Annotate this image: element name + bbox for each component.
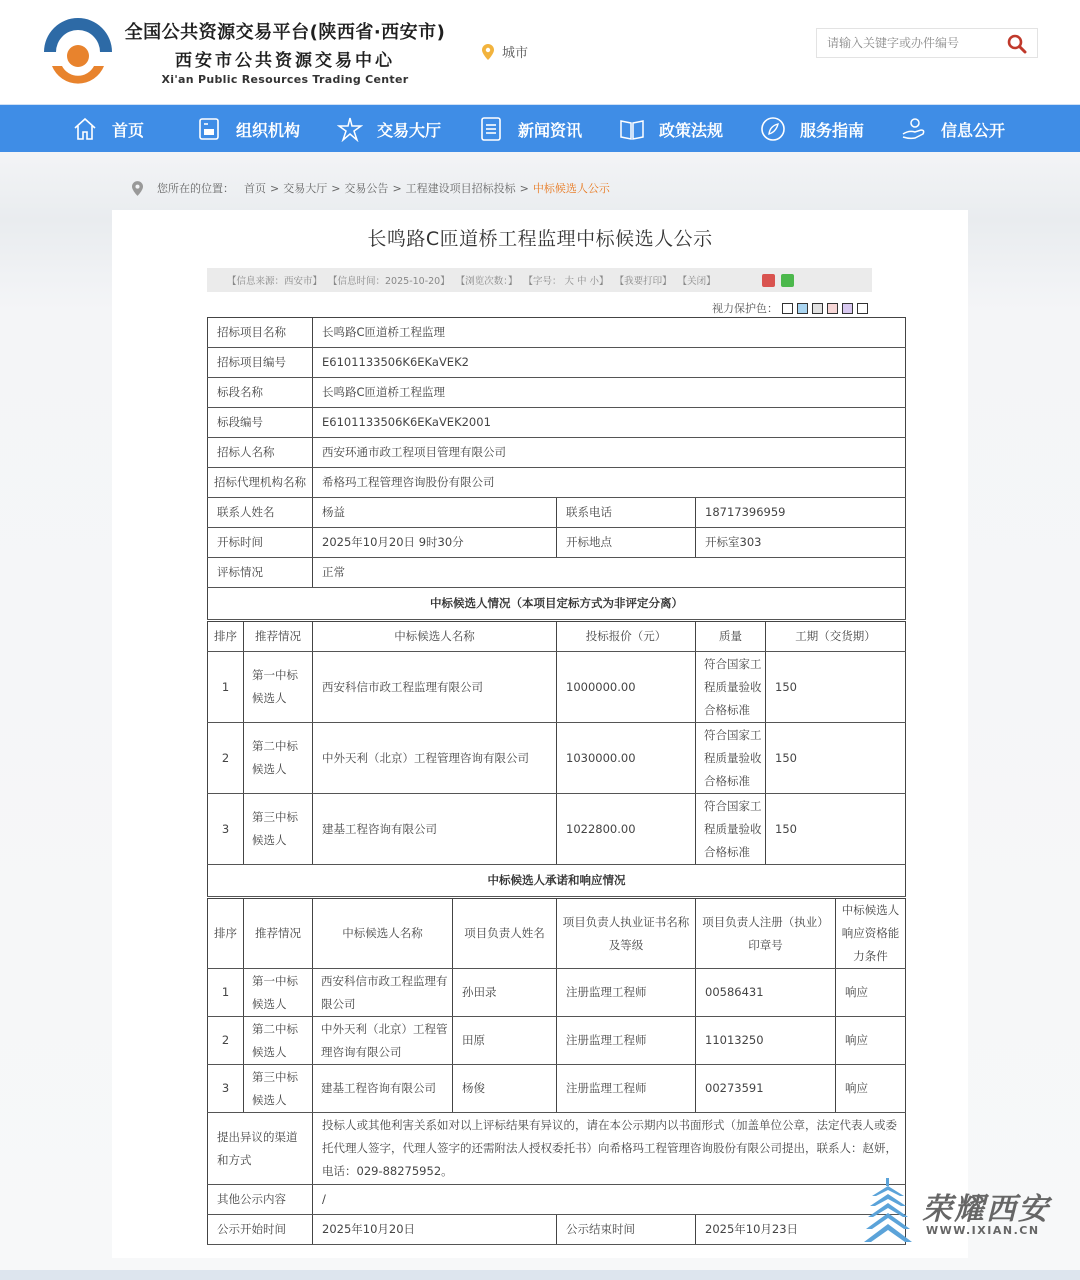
field-label: 联系电话 [557, 498, 696, 528]
table-header-row: 排序 推荐情况 中标候选人名称 投标报价（元） 质量 工期（交货期） [208, 622, 906, 652]
meta-source: 【信息来源：西安市】 [227, 273, 322, 287]
site-title-line2: 西安市公共资源交易中心 [120, 46, 450, 71]
cell-price: 1030000.00 [557, 723, 696, 794]
column-header: 项目负责人执业证书名称及等级 [557, 899, 696, 969]
cell-response: 响应 [836, 1017, 906, 1065]
nav-item-policies[interactable]: 政策法规 [619, 105, 723, 153]
document-icon [478, 116, 504, 142]
cell-recommendation: 第一中标候选人 [244, 969, 313, 1017]
table-row: 3 第三中标候选人 建基工程咨询有限公司 杨俊 注册监理工程师 00273591… [208, 1065, 906, 1113]
table-row: 联系人姓名 杨益 联系电话 18717396959 [208, 498, 906, 528]
font-size-switch[interactable]: 【字号： 大 中 小】 [524, 273, 609, 287]
table-header-row: 排序 推荐情况 中标候选人名称 项目负责人姓名 项目负责人执业证书名称及等级 项… [208, 899, 906, 969]
cell-rank: 3 [208, 1065, 244, 1113]
weibo-share-icon[interactable] [762, 274, 775, 287]
nav-item-service-guide[interactable]: 服务指南 [760, 105, 864, 153]
table-row: 公示开始时间 2025年10月20日 公示结束时间 2025年10月23日 [208, 1215, 906, 1245]
cell-recommendation: 第一中标候选人 [244, 652, 313, 723]
table-row: 评标情况 正常 [208, 558, 906, 588]
column-header: 工期（交货期） [766, 622, 906, 652]
city-selector[interactable]: 城市 [482, 42, 528, 61]
color-swatch-blue[interactable] [797, 303, 808, 314]
field-label: 标段编号 [208, 408, 313, 438]
field-label: 联系人姓名 [208, 498, 313, 528]
breadcrumb: 您所在的位置： 首页 > 交易大厅 > 交易公告 > 工程建设项目招标投标 > … [132, 180, 610, 196]
table-row: 2 第二中标候选人 中外天利（北京）工程管理咨询有限公司 田原 注册监理工程师 … [208, 1017, 906, 1065]
table-row: 招标项目名称长鸣路C匝道桥工程监理 [208, 318, 906, 348]
cell-seal-number: 00586431 [696, 969, 836, 1017]
field-label: 开标地点 [557, 528, 696, 558]
table-row: 提出异议的渠道和方式 投标人或其他利害关系如对以上评标结果有异议的，请在本公示期… [208, 1113, 906, 1185]
cell-manager: 孙田录 [453, 969, 557, 1017]
column-header: 投标报价（元） [557, 622, 696, 652]
column-header: 排序 [208, 899, 244, 969]
color-swatch-pink[interactable] [827, 303, 838, 314]
cell-recommendation: 第三中标候选人 [244, 1065, 313, 1113]
cell-seal-number: 11013250 [696, 1017, 836, 1065]
field-label: 提出异议的渠道和方式 [208, 1113, 313, 1185]
cell-rank: 1 [208, 969, 244, 1017]
field-label: 评标情况 [208, 558, 313, 588]
site-title-english: Xi'an Public Resources Trading Center [120, 73, 450, 86]
cell-rank: 2 [208, 1017, 244, 1065]
table-row: 其他公示内容 / [208, 1185, 906, 1215]
field-value: 西安环通市政工程项目管理有限公司 [313, 438, 906, 468]
column-header: 推荐情况 [244, 899, 313, 969]
nav-label: 信息公开 [941, 118, 1005, 141]
cell-candidate-name: 西安科信市政工程监理有限公司 [313, 652, 557, 723]
cell-rank: 1 [208, 652, 244, 723]
book-icon [619, 116, 645, 142]
cell-quality: 符合国家工程质量验收合格标准 [696, 723, 766, 794]
breadcrumb-prefix: 您所在的位置： [157, 180, 234, 196]
cell-certificate: 注册监理工程师 [557, 1065, 696, 1113]
column-header: 中标候选人名称 [313, 622, 557, 652]
field-label: 标段名称 [208, 378, 313, 408]
cell-price: 1022800.00 [557, 794, 696, 865]
nav-label: 政策法规 [659, 118, 723, 141]
cell-candidate-name: 中外天利（北京）工程管理咨询有限公司 [313, 723, 557, 794]
announcement-table: 招标项目名称长鸣路C匝道桥工程监理 招标项目编号E6101133506K6EKa… [207, 317, 906, 620]
wechat-share-icon[interactable] [781, 274, 794, 287]
field-value: 2025年10月20日 9时30分 [313, 528, 557, 558]
column-header: 中标候选人名称 [313, 899, 453, 969]
color-swatch-white[interactable] [782, 303, 793, 314]
column-header: 排序 [208, 622, 244, 652]
color-swatch-purple[interactable] [842, 303, 853, 314]
field-value: 希格玛工程管理咨询股份有限公司 [313, 468, 906, 498]
field-label: 其他公示内容 [208, 1185, 313, 1215]
cell-candidate-name: 建基工程咨询有限公司 [313, 1065, 453, 1113]
field-label: 招标代理机构名称 [208, 468, 313, 498]
cell-recommendation: 第二中标候选人 [244, 1017, 313, 1065]
field-label: 招标人名称 [208, 438, 313, 468]
eye-protection-label: 视力保护色： [712, 300, 778, 316]
search-input[interactable] [817, 29, 997, 57]
nav-label: 服务指南 [800, 118, 864, 141]
nav-label: 首页 [112, 118, 144, 141]
eye-protection-colors: 视力保护色： [712, 300, 868, 316]
table-row: 开标时间 2025年10月20日 9时30分 开标地点 开标室303 [208, 528, 906, 558]
cell-candidate-name: 西安科信市政工程监理有限公司 [313, 969, 453, 1017]
section-header-row: 中标候选人承诺和响应情况 [208, 865, 906, 897]
cell-quality: 符合国家工程质量验收合格标准 [696, 794, 766, 865]
meta-time: 【信息时间：2025-10-20】 [328, 273, 450, 287]
field-value: / [313, 1185, 906, 1215]
nav-label: 新闻资讯 [518, 118, 582, 141]
location-pin-icon [132, 181, 143, 196]
section-title: 中标候选人承诺和响应情况 [208, 865, 906, 897]
field-value: E6101133506K6EKaVEK2 [313, 348, 906, 378]
field-label: 招标项目名称 [208, 318, 313, 348]
site-logo-icon[interactable] [40, 12, 116, 88]
field-value: 2025年10月20日 [313, 1215, 557, 1245]
cell-manager: 田原 [453, 1017, 557, 1065]
cell-response: 响应 [836, 969, 906, 1017]
search-icon[interactable] [1007, 34, 1027, 54]
table-row: 3 第三中标候选人 建基工程咨询有限公司 1022800.00 符合国家工程质量… [208, 794, 906, 865]
watermark: 荣耀西安 WWW.IXIAN.CN [864, 1178, 1064, 1248]
cell-rank: 2 [208, 723, 244, 794]
column-header: 质量 [696, 622, 766, 652]
watermark-url: WWW.IXIAN.CN [926, 1224, 1040, 1237]
color-swatch-default[interactable] [857, 303, 868, 314]
cell-candidate-name: 中外天利（北京）工程管理咨询有限公司 [313, 1017, 453, 1065]
field-label: 招标项目编号 [208, 348, 313, 378]
table-row: 标段名称长鸣路C匝道桥工程监理 [208, 378, 906, 408]
field-value: 正常 [313, 558, 906, 588]
home-icon [72, 116, 98, 142]
color-swatch-gray[interactable] [812, 303, 823, 314]
breadcrumb-current: 中标候选人公示 [533, 180, 610, 196]
site-title: 全国公共资源交易平台(陕西省·西安市) 西安市公共资源交易中心 Xi'an Pu… [120, 18, 450, 86]
column-header: 中标候选人响应资格能力条件 [836, 899, 906, 969]
breadcrumb-announcements[interactable]: 交易公告 [344, 180, 388, 196]
table-row: 1 第一中标候选人 西安科信市政工程监理有限公司 1000000.00 符合国家… [208, 652, 906, 723]
section-header-row: 中标候选人情况（本项目定标方式为非评定分离） [208, 588, 906, 620]
field-label: 公示开始时间 [208, 1215, 313, 1245]
page-title: 长鸣路C匝道桥工程监理中标候选人公示 [0, 224, 1080, 251]
cell-response: 响应 [836, 1065, 906, 1113]
breadcrumb-separator: > [520, 182, 529, 195]
hand-icon [901, 116, 927, 142]
nav-item-trading-hall[interactable]: 交易大厅 [337, 105, 441, 153]
watermark-text: 荣耀西安 [922, 1184, 1050, 1228]
table-row: 招标项目编号E6101133506K6EKaVEK2 [208, 348, 906, 378]
breadcrumb-home[interactable]: 首页 [244, 180, 266, 196]
article-meta-bar: 【信息来源：西安市】 【信息时间：2025-10-20】 【浏览次数：】 【字号… [207, 268, 872, 292]
cell-rank: 3 [208, 794, 244, 865]
table-row: 2 第二中标候选人 中外天利（北京）工程管理咨询有限公司 1030000.00 … [208, 723, 906, 794]
table-row: 标段编号E6101133506K6EKaVEK2001 [208, 408, 906, 438]
site-title-line1: 全国公共资源交易平台(陕西省·西安市) [120, 18, 450, 44]
search-box [816, 28, 1038, 58]
print-link[interactable]: 【我要打印】 [615, 273, 672, 287]
section-title: 中标候选人情况（本项目定标方式为非评定分离） [208, 588, 906, 620]
cell-recommendation: 第三中标候选人 [244, 794, 313, 865]
cell-quality: 符合国家工程质量验收合格标准 [696, 652, 766, 723]
field-value: 长鸣路C匝道桥工程监理 [313, 318, 906, 348]
field-value: 开标室303 [696, 528, 906, 558]
star-icon [337, 116, 363, 142]
nav-item-news[interactable]: 新闻资讯 [478, 105, 582, 153]
cell-certificate: 注册监理工程师 [557, 969, 696, 1017]
breadcrumb-bidding[interactable]: 工程建设项目招标投标 [406, 180, 516, 196]
cell-price: 1000000.00 [557, 652, 696, 723]
cell-certificate: 注册监理工程师 [557, 1017, 696, 1065]
pagoda-icon [864, 1178, 912, 1244]
cell-period: 150 [766, 652, 906, 723]
site-header: 全国公共资源交易平台(陕西省·西安市) 西安市公共资源交易中心 Xi'an Pu… [0, 0, 1080, 104]
nav-label: 组织机构 [236, 118, 300, 141]
cell-recommendation: 第二中标候选人 [244, 723, 313, 794]
field-value: 长鸣路C匝道桥工程监理 [313, 378, 906, 408]
objection-text: 投标人或其他利害关系如对以上评标结果有异议的，请在本公示期内以书面形式（加盖单位… [313, 1113, 906, 1185]
field-value: E6101133506K6EKaVEK2001 [313, 408, 906, 438]
field-label: 开标时间 [208, 528, 313, 558]
nav-item-home[interactable]: 首页 [72, 105, 144, 153]
compass-icon [760, 116, 786, 142]
table-row: 1 第一中标候选人 西安科信市政工程监理有限公司 孙田录 注册监理工程师 005… [208, 969, 906, 1017]
nav-item-organization[interactable]: 组织机构 [196, 105, 300, 153]
breadcrumb-trading-hall[interactable]: 交易大厅 [283, 180, 327, 196]
meta-views: 【浏览次数：】 [456, 273, 518, 287]
field-value: 杨益 [313, 498, 557, 528]
main-nav: 首页 组织机构 交易大厅 新闻资讯 政策法规 服务指南 信息公开 [0, 104, 1080, 152]
breadcrumb-separator: > [331, 182, 340, 195]
table-row: 招标人名称西安环通市政工程项目管理有限公司 [208, 438, 906, 468]
nav-label: 交易大厅 [377, 118, 441, 141]
column-header: 项目负责人姓名 [453, 899, 557, 969]
cell-seal-number: 00273591 [696, 1065, 836, 1113]
cell-candidate-name: 建基工程咨询有限公司 [313, 794, 557, 865]
field-value: 18717396959 [696, 498, 906, 528]
column-header: 推荐情况 [244, 622, 313, 652]
cell-period: 150 [766, 794, 906, 865]
breadcrumb-separator: > [392, 182, 401, 195]
building-icon [196, 116, 222, 142]
nav-item-disclosure[interactable]: 信息公开 [901, 105, 1005, 153]
breadcrumb-separator: > [270, 182, 279, 195]
footer-strip [0, 1270, 1080, 1280]
city-label: 城市 [502, 42, 528, 61]
field-label: 公示结束时间 [557, 1215, 696, 1245]
column-header: 项目负责人注册（执业）印章号 [696, 899, 836, 969]
table-row: 招标代理机构名称希格玛工程管理咨询股份有限公司 [208, 468, 906, 498]
cell-manager: 杨俊 [453, 1065, 557, 1113]
close-link[interactable]: 【关闭】 [678, 273, 716, 287]
location-pin-icon [482, 44, 494, 60]
commitments-table: 排序 推荐情况 中标候选人名称 项目负责人姓名 项目负责人执业证书名称及等级 项… [207, 898, 906, 1245]
cell-period: 150 [766, 723, 906, 794]
candidates-table: 排序 推荐情况 中标候选人名称 投标报价（元） 质量 工期（交货期） 1 第一中… [207, 621, 906, 897]
